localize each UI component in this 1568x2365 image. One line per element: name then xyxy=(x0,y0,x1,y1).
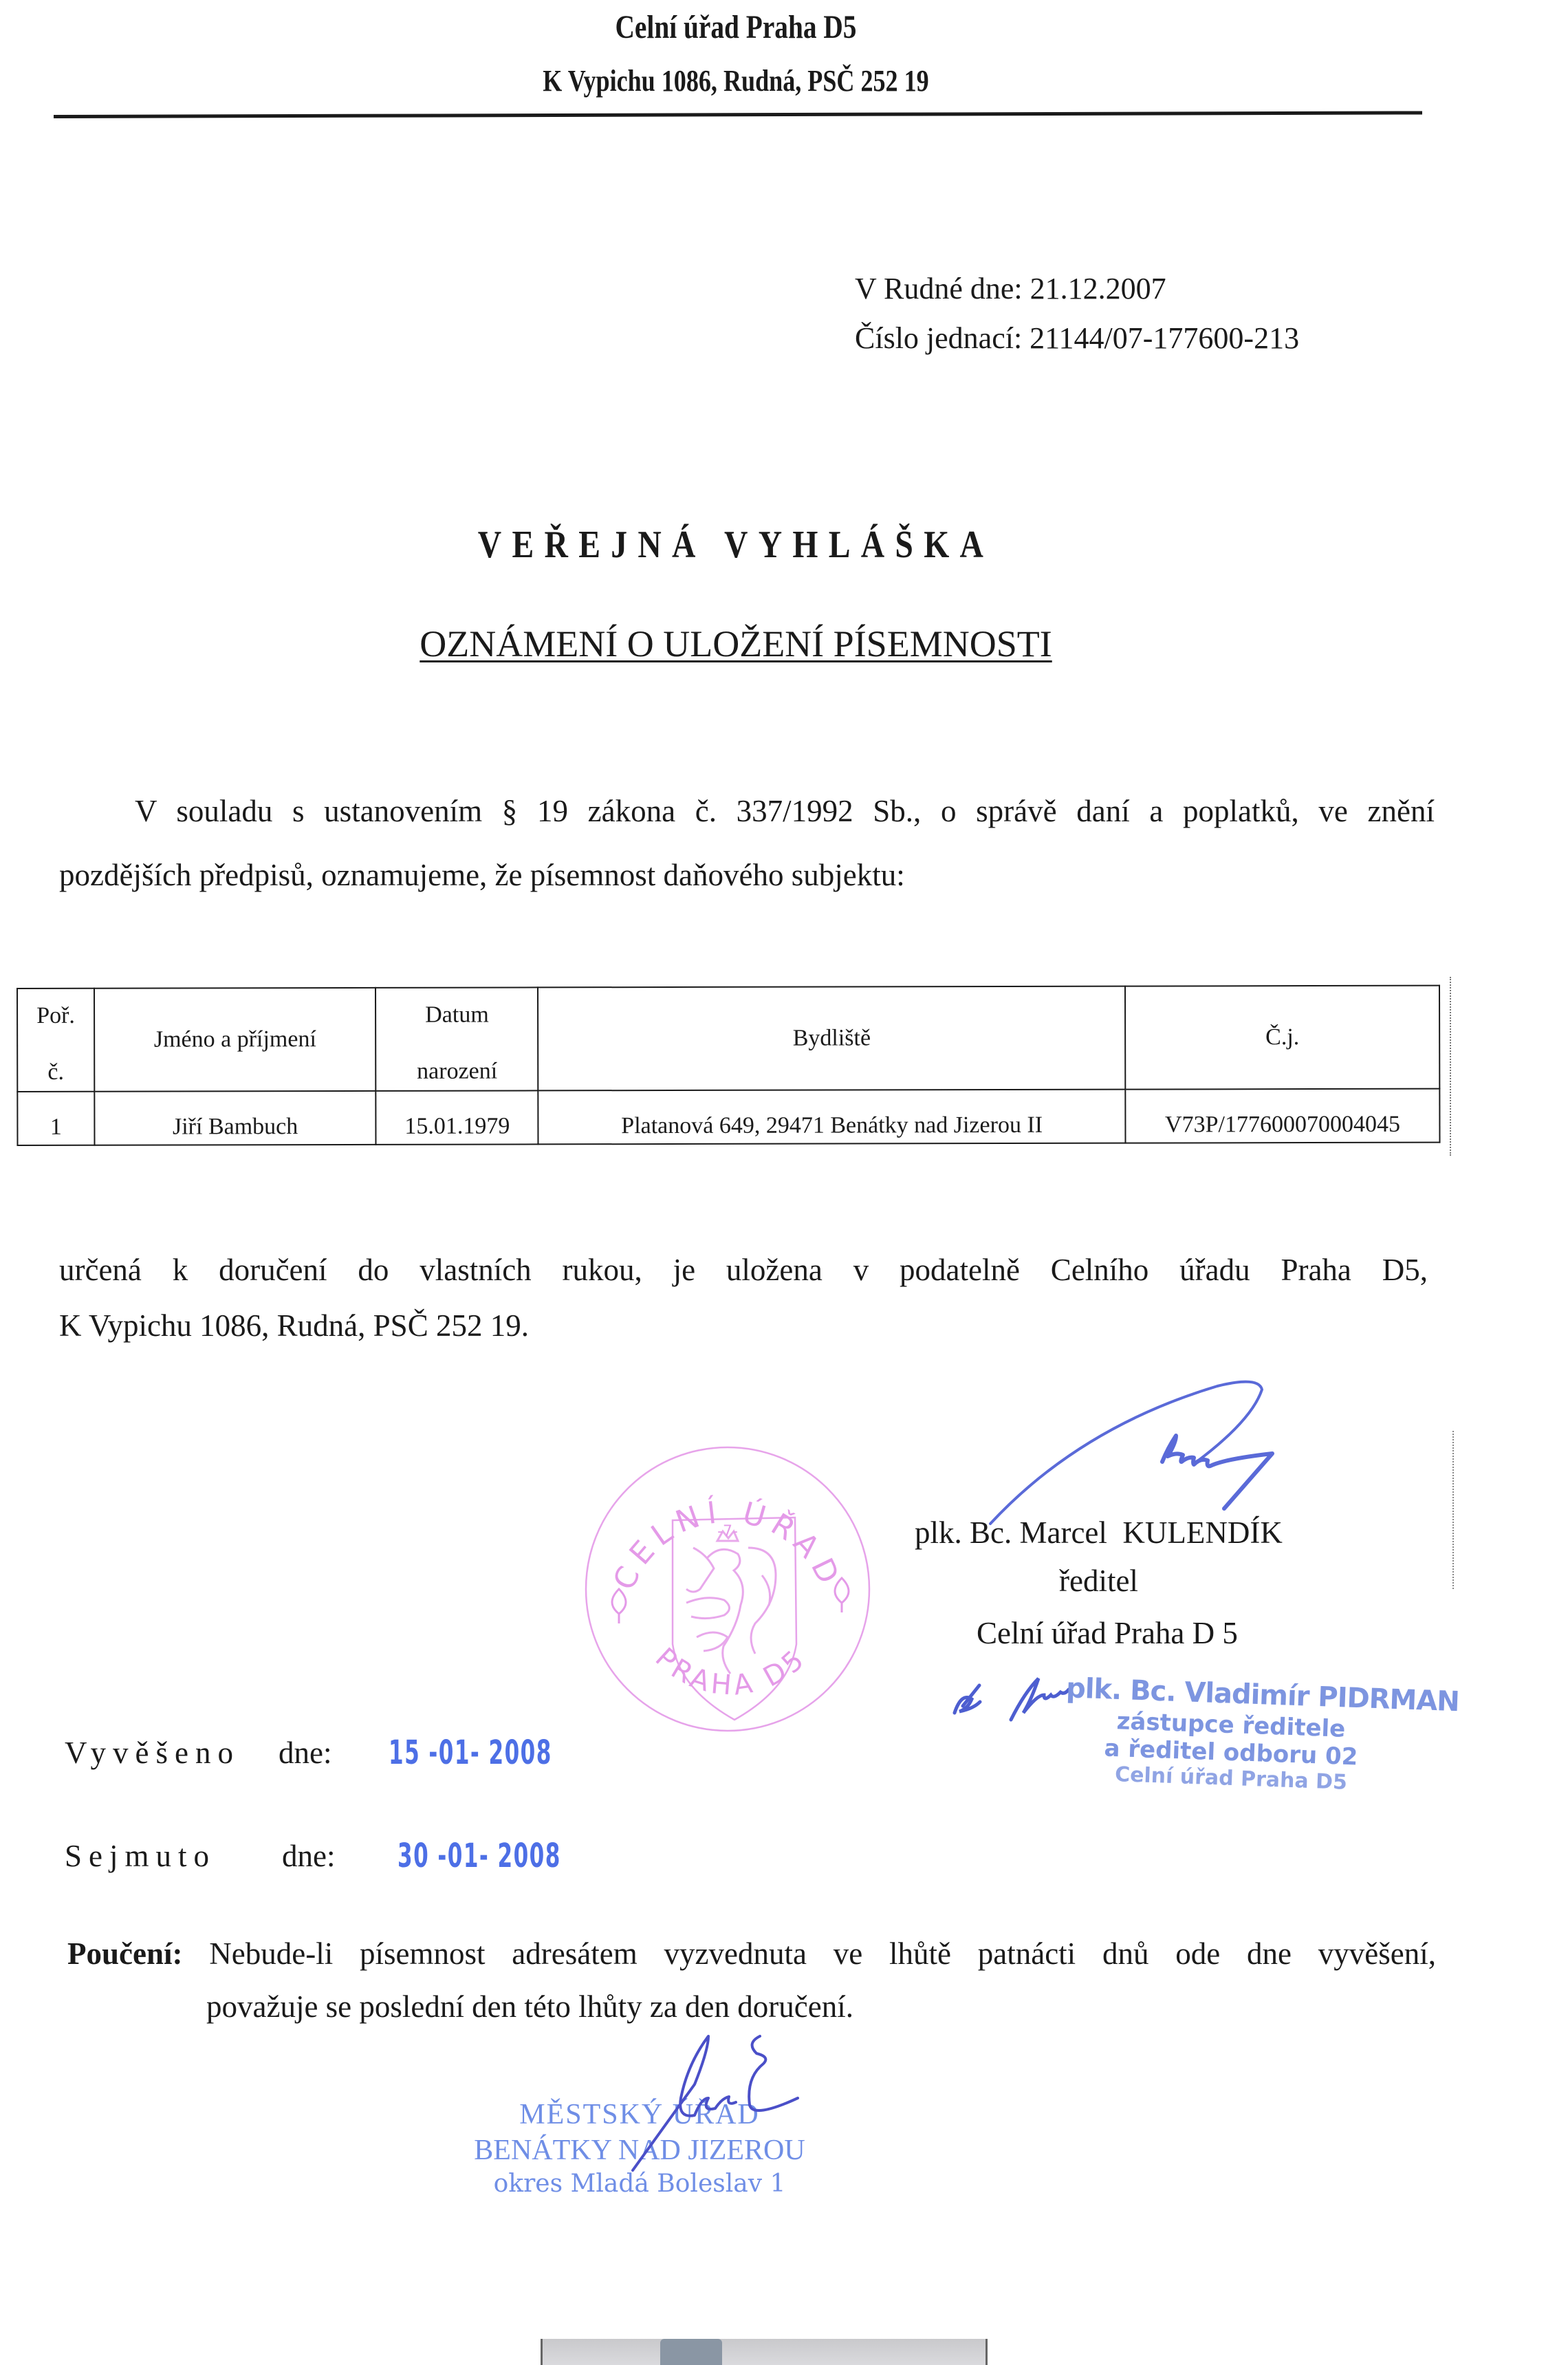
instruction-line-1: Poučení: Nebude-li písemnost adresátem v… xyxy=(67,1939,1436,1969)
col-birth-top: Datum xyxy=(381,1002,534,1028)
col-birth: Datum narození xyxy=(375,987,538,1090)
czech-lion-icon xyxy=(686,1531,776,1674)
cell-residence: Platanová 649, 29471 Benátky nad Jizerou… xyxy=(538,1090,1126,1145)
instruction-line-2: považuje se poslední den této lhůty za d… xyxy=(206,1991,853,2022)
col-name: Jméno a příjmení xyxy=(94,988,376,1092)
col-order-bottom: č. xyxy=(22,1059,89,1086)
cell-name: Jiří Bambuch xyxy=(94,1091,376,1145)
reference-number: Číslo jednací: 21144/07-177600-213 xyxy=(855,323,1299,354)
header-divider xyxy=(54,111,1422,118)
document-title: VEŘEJNÁ VYHLÁŠKA xyxy=(111,523,1362,567)
deposit-line-1: určená k doručení do vlastních rukou, je… xyxy=(59,1255,1428,1286)
instruction-label: Poučení: xyxy=(67,1936,182,1971)
office-name-heading: Celní úřad Praha D5 xyxy=(133,8,1340,46)
cell-order: 1 xyxy=(17,1092,94,1145)
issue-date: V Rudné dne: 21.12.2007 xyxy=(855,274,1166,304)
deposit-line-2: K Vypichu 1086, Rudná, PSČ 252 19. xyxy=(59,1310,529,1341)
director-office: Celní úřad Praha D 5 xyxy=(977,1615,1238,1651)
municipal-stamp-line-3: okres Mladá Boleslav 1 xyxy=(447,2170,832,2198)
col-order-top: Poř. xyxy=(22,1003,89,1029)
col-ref: Č.j. xyxy=(1125,986,1439,1090)
posted-dne-label: dne: xyxy=(279,1735,331,1771)
col-order: Poř. č. xyxy=(17,989,94,1092)
removed-label: Sejmuto xyxy=(65,1838,216,1874)
director-signature xyxy=(970,1359,1382,1531)
official-round-stamp: CELNÍ ÚŘAD -7- PRAHA D5 xyxy=(576,1438,879,1740)
posted-label: Vyvěšeno xyxy=(65,1735,240,1771)
stamp-top-text: CELNÍ ÚŘAD xyxy=(607,1493,849,1595)
municipal-signature xyxy=(605,2022,853,2174)
cell-birth: 15.01.1979 xyxy=(376,1090,538,1144)
scan-margin-mark xyxy=(1452,1431,1454,1589)
svg-text:CELNÍ ÚŘAD: CELNÍ ÚŘAD xyxy=(607,1493,849,1595)
posted-date-stamp: 15 -01- 2008 xyxy=(389,1734,552,1772)
cell-ref: V73P/177600070004045 xyxy=(1125,1089,1439,1143)
document-subtitle-text: OZNÁMENÍ O ULOŽENÍ PÍSEMNOSTI xyxy=(420,623,1052,665)
removed-dne-label: dne: xyxy=(282,1838,335,1874)
director-name: plk. Bc. Marcel KULENDÍK xyxy=(915,1515,1283,1551)
document-subtitle: OZNÁMENÍ O ULOŽENÍ PÍSEMNOSTI xyxy=(0,623,1472,665)
intro-line-1: V souladu s ustanovením § 19 zákona č. 3… xyxy=(135,796,1435,827)
col-birth-bottom: narození xyxy=(381,1058,534,1084)
office-address-heading: K Vypichu 1086, Rudná, PSČ 252 19 xyxy=(133,63,1340,98)
scan-clip-shadow xyxy=(660,2339,722,2365)
table-row: 1 Jiří Bambuch 15.01.1979 Platanová 649,… xyxy=(17,1089,1439,1145)
instruction-text-1: Nebude-li písemnost adresátem vyzvednuta… xyxy=(209,1936,1436,1971)
svg-text:PRAHA D5: PRAHA D5 xyxy=(649,1642,813,1702)
deputy-stamp: plk. Bc. Vladimír PIDRMAN zástupce ředit… xyxy=(1052,1678,1410,1791)
removed-date-stamp: 30 -01- 2008 xyxy=(398,1837,561,1875)
table-header-row: Poř. č. Jméno a příjmení Datum narození … xyxy=(17,986,1439,1092)
intro-line-2: pozdějších předpisů, oznamujeme, že píse… xyxy=(59,860,905,891)
scan-edge-strip xyxy=(541,2339,988,2365)
stamp-bottom-text: PRAHA D5 xyxy=(649,1642,813,1702)
scan-margin-mark xyxy=(1450,977,1451,1156)
col-residence: Bydliště xyxy=(538,986,1125,1091)
subject-table: Poř. č. Jméno a příjmení Datum narození … xyxy=(17,985,1440,1146)
director-role: ředitel xyxy=(1059,1563,1138,1599)
